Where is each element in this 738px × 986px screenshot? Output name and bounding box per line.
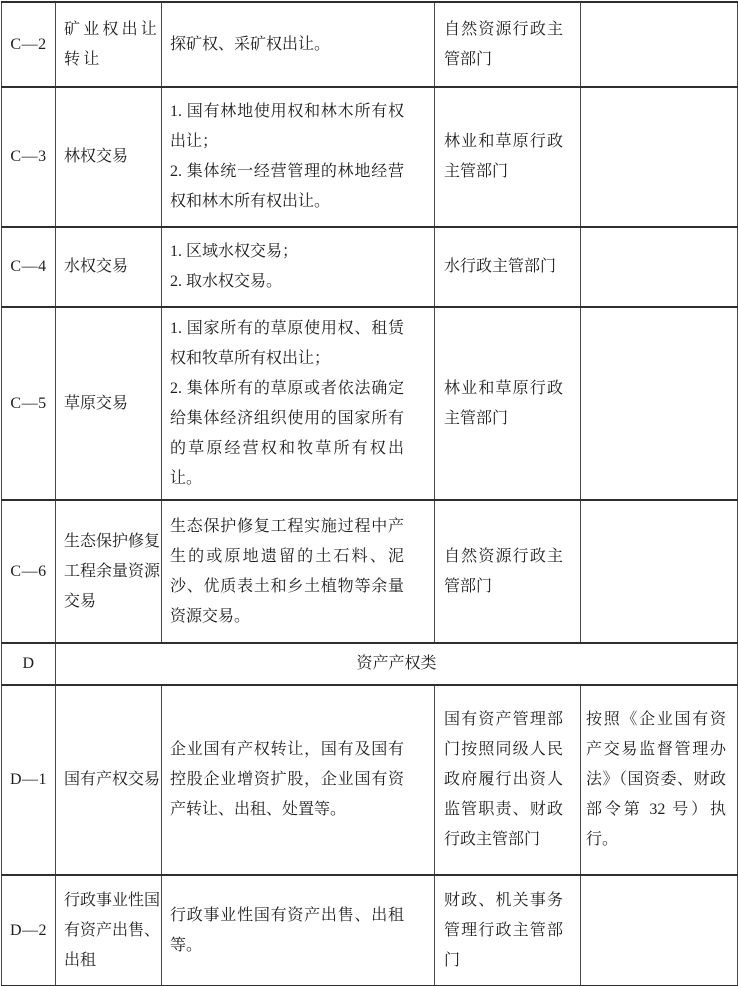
dept-cell: 水行政主管部门 bbox=[435, 227, 581, 307]
dept-cell: 财政、机关事务管理行政主管部门 bbox=[435, 875, 581, 986]
table-row: C—4 水权交易 1. 区域水权交易； 2. 取水权交易。 水行政主管部门 bbox=[2, 227, 738, 307]
desc-cell: 行政事业性国有资产出售、出租等。 bbox=[162, 875, 435, 986]
code-cell: D—1 bbox=[2, 685, 56, 875]
dept-cell: 自然资源行政主管部门 bbox=[435, 2, 581, 87]
dept-cell: 林业和草原行政主管部门 bbox=[435, 87, 581, 227]
dept-cell: 国有资产管理部门按照同级人民政府履行出资人监管职责、财政行政主管部门 bbox=[435, 685, 581, 875]
desc-cell: 探矿权、采矿权出让。 bbox=[162, 2, 435, 87]
code-cell: C—5 bbox=[2, 307, 56, 500]
desc-paragraph: 2. 集体所有的草原或者依法确定给集体经济组织使用的国家所有的草原经营权和牧草所… bbox=[170, 374, 404, 494]
note-cell bbox=[581, 2, 738, 87]
code-cell: C—6 bbox=[2, 500, 56, 643]
desc-cell: 生态保护修复工程实施过程中产生的或原地遗留的土石料、泥沙、优质表土和乡土植物等余… bbox=[162, 500, 435, 643]
table-row: C—5 草原交易 1. 国家所有的草原使用权、租赁权和牧草所有权出让； 2. 集… bbox=[2, 307, 738, 500]
note-cell bbox=[581, 227, 738, 307]
name-cell: 草原交易 bbox=[56, 307, 162, 500]
desc-cell: 企业国有产权转让，国有及国有控股企业增资扩股，企业国有资产转让、出租、处置等。 bbox=[162, 685, 435, 875]
desc-paragraph: 企业国有产权转让，国有及国有控股企业增资扩股，企业国有资产转让、出租、处置等。 bbox=[170, 735, 404, 825]
table-row: C—6 生态保护修复工程余量资源交易 生态保护修复工程实施过程中产生的或原地遗留… bbox=[2, 500, 738, 643]
desc-cell: 1. 国家所有的草原使用权、租赁权和牧草所有权出让； 2. 集体所有的草原或者依… bbox=[162, 307, 435, 500]
code-cell: C—3 bbox=[2, 87, 56, 227]
note-cell bbox=[581, 875, 738, 986]
note-cell bbox=[581, 87, 738, 227]
name-cell: 矿业权出让转让 bbox=[56, 2, 162, 87]
dept-cell: 林业和草原行政主管部门 bbox=[435, 307, 581, 500]
code-cell: D—2 bbox=[2, 875, 56, 986]
name-cell: 水权交易 bbox=[56, 227, 162, 307]
desc-paragraph: 1. 区域水权交易； bbox=[170, 237, 404, 267]
name-cell: 林权交易 bbox=[56, 87, 162, 227]
name-cell: 国有产权交易 bbox=[56, 685, 162, 875]
table-row: D—2 行政事业性国有资产出售、出租 行政事业性国有资产出售、出租等。 财政、机… bbox=[2, 875, 738, 986]
code-cell: D bbox=[2, 643, 56, 685]
desc-paragraph: 1. 国家所有的草原使用权、租赁权和牧草所有权出让； bbox=[170, 314, 404, 374]
table-row: C—3 林权交易 1. 国有林地使用权和林木所有权出让； 2. 集体统一经营管理… bbox=[2, 87, 738, 227]
table-row: D—1 国有产权交易 企业国有产权转让，国有及国有控股企业增资扩股，企业国有资产… bbox=[2, 685, 738, 875]
document-table: C—2 矿业权出让转让 探矿权、采矿权出让。 自然资源行政主管部门 C—3 林权… bbox=[1, 1, 738, 986]
desc-paragraph: 生态保护修复工程实施过程中产生的或原地遗留的土石料、泥沙、优质表土和乡土植物等余… bbox=[170, 512, 404, 632]
desc-paragraph: 探矿权、采矿权出让。 bbox=[170, 30, 404, 60]
desc-paragraph: 2. 集体统一经营管理的林地经营权和林木所有权出让。 bbox=[170, 157, 404, 217]
note-cell: 按照《企业国有资产交易监督管理办法》（国资委、财政部令第 32 号）执行。 bbox=[581, 685, 738, 875]
code-cell: C—4 bbox=[2, 227, 56, 307]
desc-cell: 1. 区域水权交易； 2. 取水权交易。 bbox=[162, 227, 435, 307]
code-cell: C—2 bbox=[2, 2, 56, 87]
document-page: C—2 矿业权出让转让 探矿权、采矿权出让。 自然资源行政主管部门 C—3 林权… bbox=[0, 0, 738, 986]
desc-paragraph: 2. 取水权交易。 bbox=[170, 267, 404, 297]
section-label-cell: 资产产权类 bbox=[56, 643, 738, 685]
note-cell bbox=[581, 307, 738, 500]
name-cell: 行政事业性国有资产出售、出租 bbox=[56, 875, 162, 986]
desc-paragraph: 行政事业性国有资产出售、出租等。 bbox=[170, 901, 404, 961]
note-cell bbox=[581, 500, 738, 643]
desc-cell: 1. 国有林地使用权和林木所有权出让； 2. 集体统一经营管理的林地经营权和林木… bbox=[162, 87, 435, 227]
dept-cell: 自然资源行政主管部门 bbox=[435, 500, 581, 643]
table-row-section: D 资产产权类 bbox=[2, 643, 738, 685]
desc-paragraph: 1. 国有林地使用权和林木所有权出让； bbox=[170, 97, 404, 157]
table-row: C—2 矿业权出让转让 探矿权、采矿权出让。 自然资源行政主管部门 bbox=[2, 2, 738, 87]
name-cell: 生态保护修复工程余量资源交易 bbox=[56, 500, 162, 643]
